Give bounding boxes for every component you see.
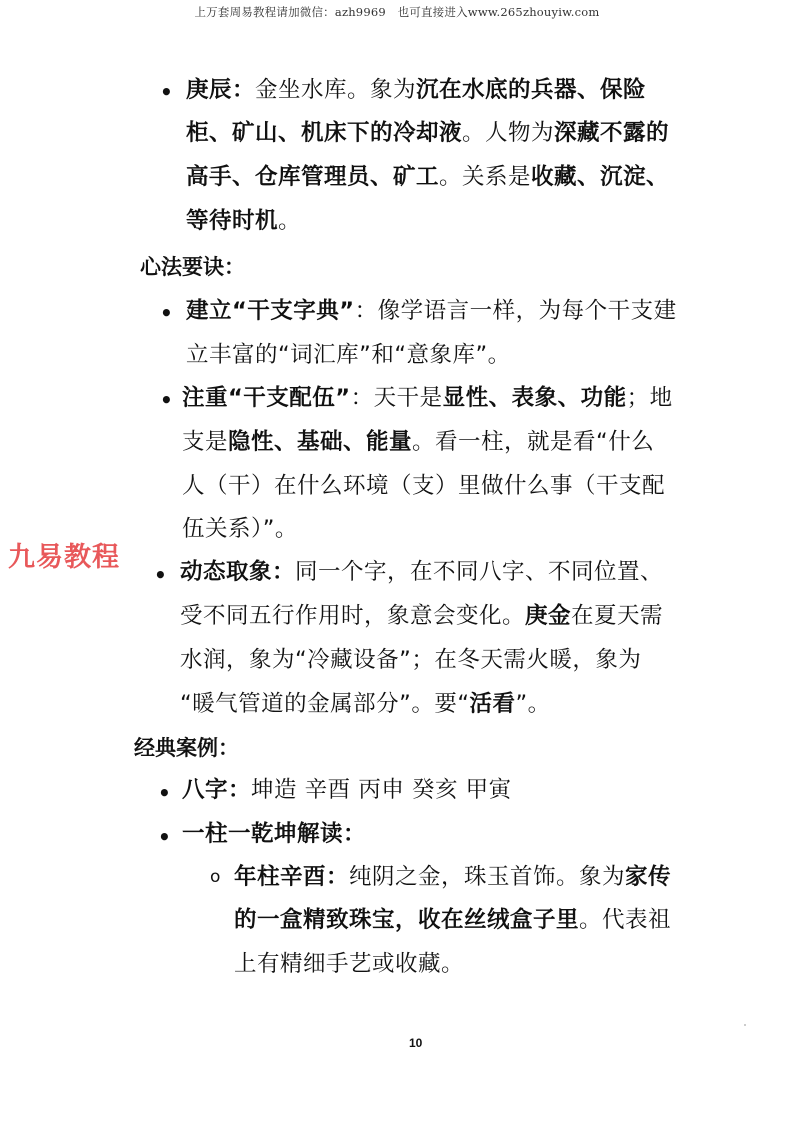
text: 。人物为 — [462, 120, 554, 146]
bullet-icon: • — [158, 822, 171, 852]
bullet-icon: • — [160, 385, 173, 415]
bold-text: 八字： — [182, 777, 251, 803]
bold-text: 庚辰： — [186, 77, 255, 103]
text-line: 庚辰：金坐水库。象为沉在水底的兵器、保险 — [186, 75, 646, 105]
bold-text: 一柱一乾坤解读： — [182, 821, 366, 847]
text: 。关系是 — [439, 164, 531, 190]
page-header-ad: 上万套周易教程请加微信：azh9969 也可直接进入www.265zhouyiw… — [0, 4, 794, 20]
bold-text: 年柱辛酉： — [234, 864, 349, 890]
scan-artifact — [744, 1024, 746, 1026]
text: 立丰富的“词汇库”和“意象库”。 — [186, 342, 511, 368]
text-line: 八字：坤造 辛酉 丙申 癸亥 甲寅 — [182, 775, 512, 805]
bold-text: 隐性、基础、能量 — [228, 429, 412, 455]
text: 。代表祖 — [579, 907, 671, 933]
text: 纯阴之金，珠玉首饰。象为 — [349, 864, 625, 890]
bold-text: 的一盒精致珠宝，收在丝绒盒子里 — [234, 907, 579, 933]
text: 伍关系）”。 — [182, 516, 298, 542]
text-line: 柜、矿山、机床下的冷却液。人物为深藏不露的 — [186, 118, 669, 148]
text-line: “暖气管道的金属部分”。要“活看”。 — [180, 689, 551, 719]
text-line: 伍关系）”。 — [182, 514, 298, 544]
bold-text: 活看 — [469, 691, 515, 717]
text: 同一个字，在不同八字、不同位置、 — [295, 559, 663, 585]
bold-text: 深藏不露的 — [554, 120, 669, 146]
bold-text: 建立“干支字典” — [186, 298, 355, 324]
section-heading-cases: 经典案例： — [134, 733, 239, 763]
text: ：天干是 — [351, 385, 443, 411]
bullet-icon: • — [154, 560, 167, 590]
text: ：像学语言一样，为每个干支建 — [355, 298, 677, 324]
text-line: 水润，象为“冷藏设备”；在冬天需火暖，象为 — [180, 645, 641, 675]
bold-text: 收藏、沉淀、 — [531, 164, 669, 190]
bullet-icon: • — [160, 77, 173, 107]
watermark-logo: 九易教程 — [8, 540, 120, 576]
text-line: 立丰富的“词汇库”和“意象库”。 — [186, 340, 511, 370]
text-line: 建立“干支字典”：像学语言一样，为每个干支建 — [186, 296, 677, 326]
text-line: 注重“干支配伍”：天干是显性、表象、功能；地 — [182, 383, 673, 413]
text: “暖气管道的金属部分”。要“ — [180, 691, 469, 717]
bold-text: 柜、矿山、机床下的冷却液 — [186, 120, 462, 146]
text-line: 的一盒精致珠宝，收在丝绒盒子里。代表祖 — [234, 905, 671, 935]
text-line: 人（干）在什么环境（支）里做什么事（干支配 — [182, 471, 665, 501]
text-line: 上有精细手艺或收藏。 — [234, 949, 464, 979]
text: 。 — [278, 208, 301, 234]
text: 坤造 辛酉 丙申 癸亥 甲寅 — [251, 777, 512, 803]
bold-text: 动态取象： — [180, 559, 295, 585]
text: 上有精细手艺或收藏。 — [234, 951, 464, 977]
bold-text: 沉在水底的兵器、保险 — [416, 77, 646, 103]
text-line: 一柱一乾坤解读： — [182, 819, 366, 849]
text-line: 年柱辛酉：纯阴之金，珠玉首饰。象为家传 — [234, 862, 671, 892]
page-number: 10 — [409, 1036, 422, 1050]
text-line: 支是隐性、基础、能量。看一柱，就是看“什么 — [182, 427, 654, 457]
text-line: 受不同五行作用时，象意会变化。庚金在夏天需 — [180, 601, 663, 631]
bullet-icon: • — [158, 778, 171, 808]
section-heading-xinfa: 心法要诀： — [140, 252, 245, 282]
bold-text: 家传 — [625, 864, 671, 890]
text: 在夏天需 — [571, 603, 663, 629]
text: 水润，象为“冷藏设备”；在冬天需火暖，象为 — [180, 647, 641, 673]
text-line: 高手、仓库管理员、矿工。关系是收藏、沉淀、 — [186, 162, 669, 192]
text: 受不同五行作用时，象意会变化。 — [180, 603, 525, 629]
sub-bullet-icon: o — [210, 862, 220, 892]
bullet-icon: • — [160, 298, 173, 328]
text-line: 等待时机。 — [186, 206, 301, 236]
text: 支是 — [182, 429, 228, 455]
text: 金坐水库。象为 — [255, 77, 416, 103]
text-line: 动态取象：同一个字，在不同八字、不同位置、 — [180, 557, 663, 587]
bold-text: 注重“干支配伍” — [182, 385, 351, 411]
text: ”。 — [516, 691, 551, 717]
bold-text: 高手、仓库管理员、矿工 — [186, 164, 439, 190]
text: 。看一柱，就是看“什么 — [412, 429, 654, 455]
text: ；地 — [627, 385, 673, 411]
bold-text: 显性、表象、功能 — [443, 385, 627, 411]
bold-text: 庚金 — [525, 603, 571, 629]
bold-text: 等待时机 — [186, 208, 278, 234]
text: 人（干）在什么环境（支）里做什么事（干支配 — [182, 473, 665, 499]
